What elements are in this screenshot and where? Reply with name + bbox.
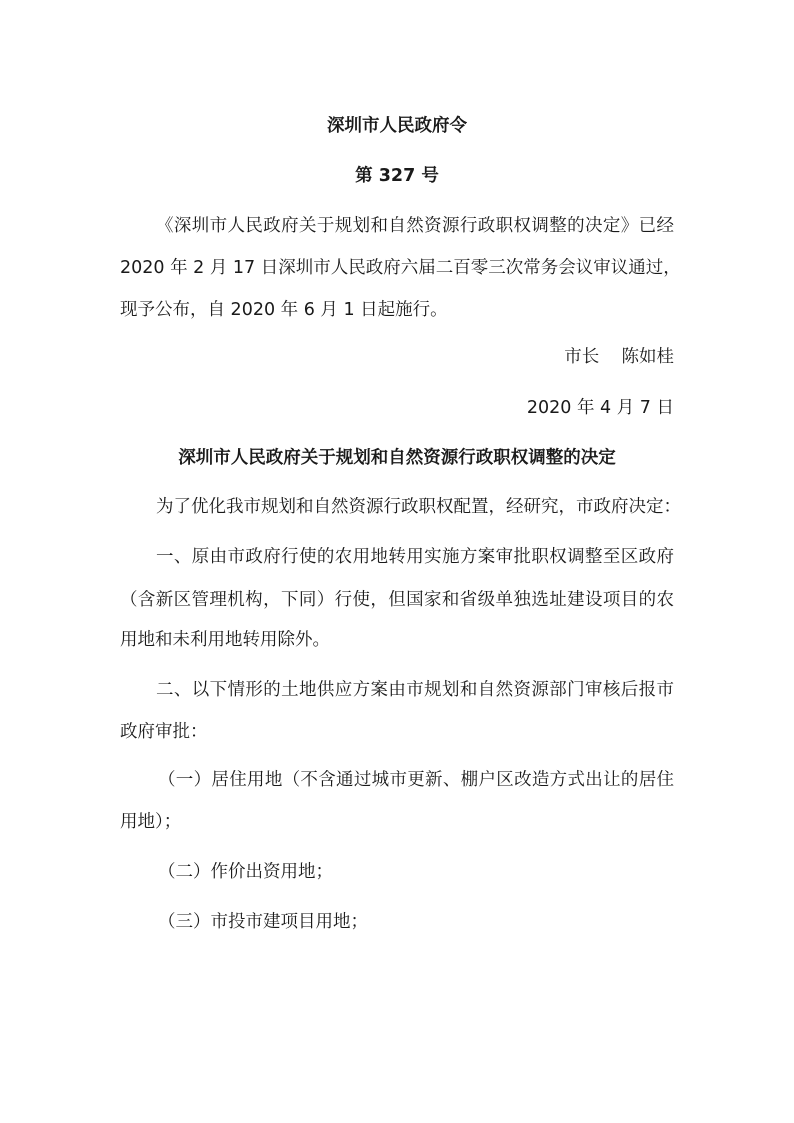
preamble-line-1: 《深圳市人民政府关于规划和自然资源行政职权调整的决定》已经	[156, 214, 674, 238]
order-number: 第 327 号	[120, 164, 674, 188]
document-page: 深圳市人民政府令 第 327 号 《深圳市人民政府关于规划和自然资源行政职权调整…	[0, 0, 794, 1123]
sub-item1-line-2: 用地）；	[120, 810, 674, 834]
item2-line-2: 政府审批：	[120, 720, 674, 744]
sub-item1-line-1: （一）居住用地（不含通过城市更新、棚户区改造方式出让的居住	[158, 768, 674, 792]
preamble-line-3: 现予公布，自 2020 年 6 月 1 日起施行。	[120, 298, 674, 322]
item2-line-1: 二、以下情形的土地供应方案由市规划和自然资源部门审核后报市	[156, 678, 674, 702]
item1-line-2: （含新区管理机构，下同）行使，但国家和省级单独选址建设项目的农	[120, 588, 674, 612]
preamble-line-2: 2020 年 2 月 17 日深圳市人民政府六届二百零三次常务会议审议通过，	[120, 256, 674, 280]
item1-line-1: 一、原由市政府行使的农用地转用实施方案审批职权调整至区政府	[156, 545, 674, 569]
document-header-title: 深圳市人民政府令	[120, 114, 674, 138]
decision-title: 深圳市人民政府关于规划和自然资源行政职权调整的决定	[120, 446, 674, 470]
item1-line-3: 用地和未利用地转用除外。	[120, 628, 674, 652]
intro-paragraph: 为了优化我市规划和自然资源行政职权配置，经研究，市政府决定：	[156, 495, 674, 519]
sub-item3: （三）市投市建项目用地；	[158, 910, 712, 934]
date: 2020 年 4 月 7 日	[120, 396, 674, 420]
sub-item2: （二）作价出资用地；	[158, 860, 712, 884]
signature: 市长 陈如桂	[120, 345, 674, 369]
